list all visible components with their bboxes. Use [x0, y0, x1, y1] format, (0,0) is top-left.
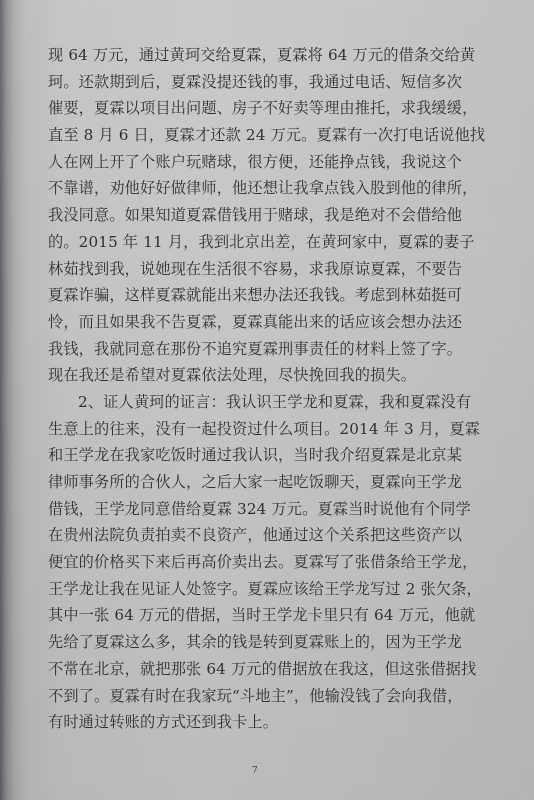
text-line: 直至 8 月 6 日，夏霖才还款 24 万元。夏霖有一次打电话说他找: [48, 122, 468, 149]
text-line: 和王学龙在我家吃饭时通过我认识，当时我介绍夏霖是北京某: [48, 442, 468, 469]
text-line: 怜，而且如果我不告夏霖，夏霖真能出来的话应该会想办法还: [48, 309, 468, 336]
text-line: 先给了夏霖这么多，其余的钱是转到夏霖账上的，因为王学龙: [48, 629, 468, 656]
text-line: 王学龙让我在见证人处签字。夏霖应该给王学龙写过 2 张欠条，: [48, 576, 468, 603]
text-line: 催要，夏霖以项目出问题、房子不好卖等理由推托，求我缓缓，: [48, 95, 468, 122]
text-line: 不靠谱，劝他好好做律师，他还想让我拿点钱入股到他的律所，: [48, 175, 468, 202]
page-number: 7: [252, 766, 258, 776]
text-line: 我钱，我就同意在那份不追究夏霖刑事责任的材料上签了字。: [48, 336, 468, 363]
text-line: 便宜的价格买下来后再高价卖出去。夏霖写了张借条给王学龙，: [48, 549, 468, 576]
text-line: 不到了。夏霖有时在我家玩“斗地主”，他输没钱了会向我借，: [48, 683, 468, 710]
text-line: 我没同意。如果知道夏霖借钱用于赌球，我是绝对不会借给他: [48, 202, 468, 229]
text-line: 珂。还款期到后，夏霖没提还钱的事，我通过电话、短信多次: [48, 69, 468, 96]
text-line: 夏霖诈骗，这样夏霖就能出来想办法还我钱。考虑到林茹挺可: [48, 282, 468, 309]
text-line: 借钱，王学龙同意借给夏霖 324 万元。夏霖当时说他有个同学: [48, 496, 468, 523]
paragraph-start-line: 2、证人黄珂的证言：我认识王学龙和夏霖，我和夏霖没有: [48, 389, 468, 416]
document-body: 现 64 万元，通过黄珂交给夏霖，夏霖将 64 万元的借条交给黄珂。还款期到后，…: [48, 42, 468, 736]
text-line: 在贵州法院负责拍卖不良资产，他通过这个关系把这些资产以: [48, 522, 468, 549]
text-line: 不常在北京，就把那张 64 万元的借据放在我这，但这张借据找: [48, 656, 468, 683]
text-line: 人在网上开了个账户玩赌球，很方便，还能挣点钱，我说这个: [48, 149, 468, 176]
text-line: 现 64 万元，通过黄珂交给夏霖，夏霖将 64 万元的借条交给黄: [48, 42, 468, 69]
text-line: 的。2015 年 11 月，我到北京出差，在黄珂家中，夏霖的妻子: [48, 229, 468, 256]
text-line: 生意上的往来，没有一起投资过什么项目。2014 年 3 月，夏霖: [48, 416, 468, 443]
text-line: 林茹找到我，说她现在生活很不容易，求我原谅夏霖，不要告: [48, 256, 468, 283]
text-line: 律师事务所的合伙人，之后大家一起吃饭聊天，夏霖向王学龙: [48, 469, 468, 496]
text-line: 其中一张 64 万元的借据，当时王学龙卡里只有 64 万元，他就: [48, 602, 468, 629]
text-line: 现在我还是希望对夏霖依法处理，尽快挽回我的损失。: [48, 362, 468, 389]
text-line: 有时通过转账的方式还到我卡上。: [48, 709, 468, 736]
